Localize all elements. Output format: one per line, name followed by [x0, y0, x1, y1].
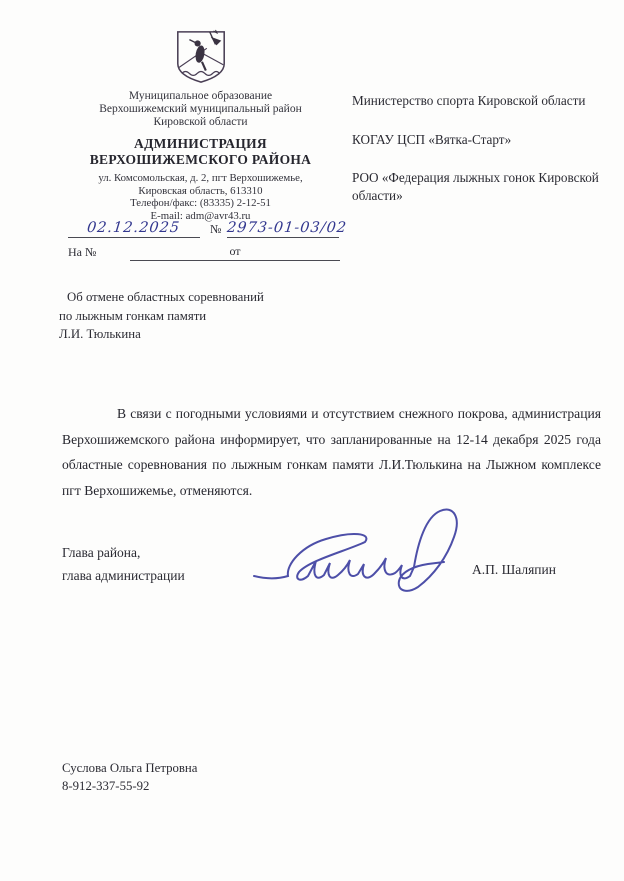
subject-line-1: Об отмене областных соревнований	[59, 288, 309, 307]
recipient-ski-federation: РОО «Федерация лыжных гонок Кировской об…	[352, 169, 604, 204]
date-field: 02.12.2025	[68, 220, 200, 238]
na-no-label: На №	[68, 245, 108, 261]
org-line-2: Верхошижемский муниципальный район	[58, 103, 343, 116]
signer-name: А.П. Шаляпин	[472, 562, 556, 578]
reference-block: 02.12.2025 № 2973-01-03/02 На № от	[68, 220, 340, 261]
executor-contact: Суслова Ольга Петровна 8-912-337-55-92	[62, 760, 197, 795]
recipients-block: Министерство спорта Кировской области КО…	[352, 92, 604, 225]
date-number-row: 02.12.2025 № 2973-01-03/02	[68, 220, 340, 238]
signer-position-line-1: Глава района,	[62, 541, 185, 564]
coat-of-arms-icon	[172, 28, 230, 86]
reply-to-row: На № от	[68, 244, 340, 261]
subject-block: Об отмене областных соревнований по лыжн…	[59, 288, 309, 344]
outgoing-number-field: 2973-01-03/02	[227, 220, 339, 238]
reply-to-field: от	[130, 244, 340, 261]
recipient-ministry: Министерство спорта Кировской области	[352, 92, 604, 110]
executor-phone: 8-912-337-55-92	[62, 778, 197, 796]
subject-line-3: Л.И. Тюлькина	[59, 325, 309, 344]
subject-line-2: по лыжным гонкам памяти	[59, 307, 309, 326]
number-sign-label: №	[210, 222, 221, 237]
body-paragraph: В связи с погодными условиями и отсутств…	[62, 401, 601, 503]
ot-label: от	[229, 244, 240, 258]
handwritten-number: 2973-01-03/02	[227, 220, 349, 236]
address-region: Кировская область, 613310	[58, 185, 343, 198]
signer-position: Глава района, глава администрации	[62, 541, 185, 587]
handwritten-date: 02.12.2025	[87, 220, 182, 236]
signer-position-line-2: глава администрации	[62, 564, 185, 587]
executor-name: Суслова Ольга Петровна	[62, 760, 197, 778]
letterhead: Муниципальное образование Верхошижемский…	[58, 28, 343, 222]
recipient-vyatka-start: КОГАУ ЦСП «Вятка-Старт»	[352, 131, 604, 149]
address-street: ул. Комсомольская, д. 2, пгт Верхошижемь…	[58, 172, 343, 185]
org-line-3: Кировской области	[58, 116, 343, 129]
administration-name-line-2: ВЕРХОШИЖЕМСКОГО РАЙОНА	[58, 152, 343, 168]
org-line-1: Муниципальное образование	[58, 90, 343, 103]
scanned-letter-page: Муниципальное образование Верхошижемский…	[0, 0, 624, 881]
administration-name-line-1: АДМИНИСТРАЦИЯ	[58, 136, 343, 152]
handwritten-signature	[246, 502, 481, 602]
address-phone: Телефон/факс: (83335) 2-12-51	[58, 197, 343, 210]
